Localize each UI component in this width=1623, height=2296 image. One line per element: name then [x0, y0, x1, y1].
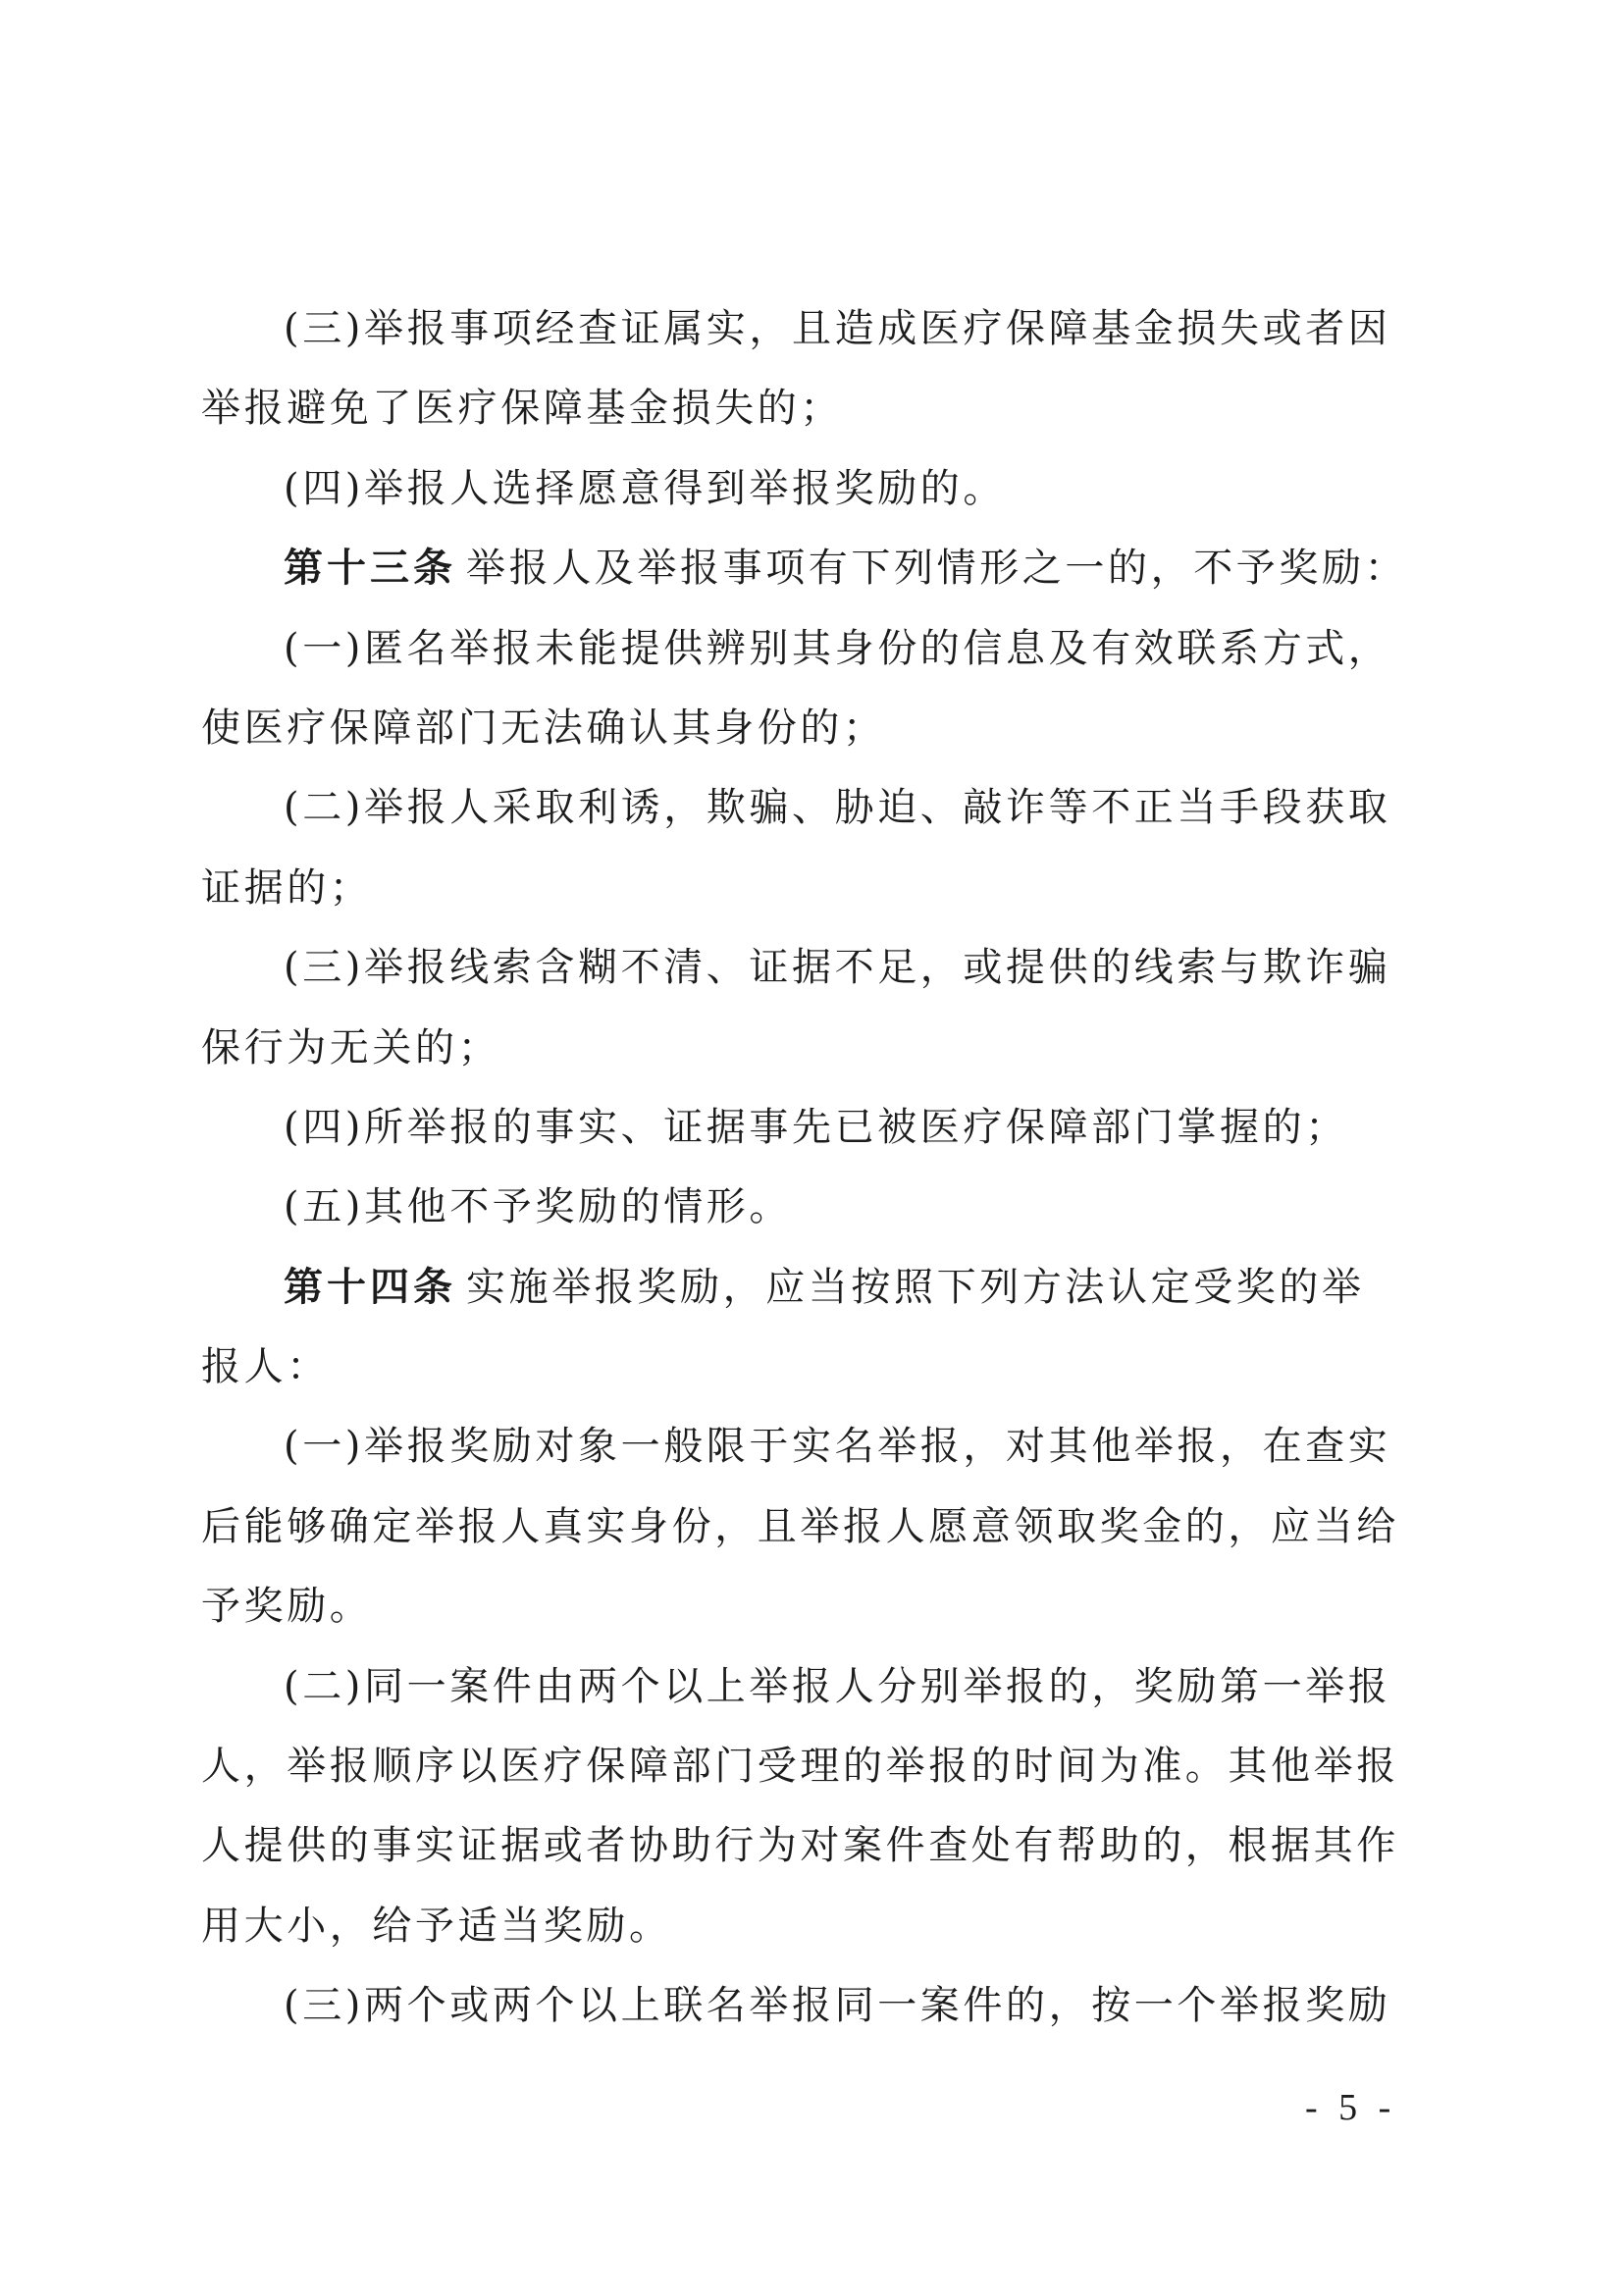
line-text: 使医疗保障部门无法确认其身份的；: [201, 705, 886, 751]
paragraph-line: 用大小，给予适当奖励。: [201, 1901, 1406, 1980]
paragraph-line: (三)举报事项经查证属实，且造成医疗保障基金损失或者因: [201, 303, 1406, 383]
article-heading: 第十四条: [284, 1265, 456, 1310]
paragraph-line: 举报避免了医疗保障基金损失的；: [201, 383, 1406, 462]
paragraph-line: 人提供的事实证据或者协助行为对案件查处有帮助的，根据其作: [201, 1820, 1406, 1900]
article-13-line: 第十三条举报人及举报事项有下列情形之一的，不予奖励：: [201, 543, 1406, 622]
paragraph-line: 保行为无关的；: [201, 1022, 1406, 1102]
line-text: (三)两个或两个以上联名举报同一案件的，按一个举报奖励: [284, 1983, 1390, 2028]
line-text: 予奖励。: [201, 1584, 372, 1629]
article-heading: 第十三条: [284, 546, 456, 591]
line-text: (一)匿名举报未能提供辨别其身份的信息及有效联系方式，: [284, 626, 1390, 671]
line-text: (二)同一案件由两个以上举报人分别举报的，奖励第一举报: [284, 1664, 1390, 1709]
line-text: 举报避免了医疗保障基金损失的；: [201, 386, 843, 431]
document-page: (三)举报事项经查证属实，且造成医疗保障基金损失或者因 举报避免了医疗保障基金损…: [0, 0, 1623, 2296]
line-text: 人，举报顺序以医疗保障部门受理的举报的时间为准。其他举报: [201, 1744, 1399, 1789]
line-text: 实施举报奖励，应当按照下列方法认定受奖的举: [466, 1265, 1365, 1310]
paragraph-line: (二)同一案件由两个以上举报人分别举报的，奖励第一举报: [201, 1661, 1406, 1741]
line-text: 后能够确定举报人真实身份，且举报人愿意领取奖金的，应当给: [201, 1504, 1399, 1549]
paragraph-line: 使医疗保障部门无法确认其身份的；: [201, 703, 1406, 782]
line-text: 用大小，给予适当奖励。: [201, 1904, 672, 1949]
document-body: (三)举报事项经查证属实，且造成医疗保障基金损失或者因 举报避免了医疗保障基金损…: [201, 303, 1406, 2061]
paragraph-line: (一)匿名举报未能提供辨别其身份的信息及有效联系方式，: [201, 623, 1406, 703]
paragraph-line: (五)其他不予奖励的情形。: [201, 1181, 1406, 1261]
paragraph-line: (一)举报奖励对象一般限于实名举报，对其他举报，在查实: [201, 1421, 1406, 1500]
line-text: 保行为无关的；: [201, 1025, 500, 1070]
paragraph-line: (四)所举报的事实、证据事先已被医疗保障部门掌握的；: [201, 1102, 1406, 1181]
line-text: (三)举报事项经查证属实，且造成医疗保障基金损失或者因: [284, 306, 1390, 351]
line-text: 证据的；: [201, 865, 372, 911]
paragraph-line: 予奖励。: [201, 1581, 1406, 1660]
line-text: (二)举报人采取利诱，欺骗、胁迫、敲诈等不正当手段获取: [284, 785, 1390, 830]
line-text: 报人：: [201, 1344, 330, 1389]
line-text: (一)举报奖励对象一般限于实名举报，对其他举报，在查实: [284, 1424, 1390, 1469]
line-text: (三)举报线索含糊不清、证据不足，或提供的线索与欺诈骗: [284, 945, 1390, 990]
line-text: (五)其他不予奖励的情形。: [284, 1184, 792, 1229]
line-text: 举报人及举报事项有下列情形之一的，不予奖励：: [466, 546, 1407, 591]
paragraph-line: 人，举报顺序以医疗保障部门受理的举报的时间为准。其他举报: [201, 1741, 1406, 1820]
paragraph-line: 证据的；: [201, 862, 1406, 942]
article-14-line: 第十四条实施举报奖励，应当按照下列方法认定受奖的举: [201, 1262, 1406, 1341]
page-number: - 5 -: [1305, 2086, 1396, 2129]
line-text: (四)所举报的事实、证据事先已被医疗保障部门掌握的；: [284, 1105, 1348, 1150]
line-text: 人提供的事实证据或者协助行为对案件查处有帮助的，根据其作: [201, 1823, 1399, 1868]
line-text: (四)举报人选择愿意得到举报奖励的。: [284, 466, 1006, 511]
paragraph-line: (三)举报线索含糊不清、证据不足，或提供的线索与欺诈骗: [201, 942, 1406, 1021]
paragraph-line: (四)举报人选择愿意得到举报奖励的。: [201, 463, 1406, 543]
paragraph-line: 后能够确定举报人真实身份，且举报人愿意领取奖金的，应当给: [201, 1501, 1406, 1581]
paragraph-line: (三)两个或两个以上联名举报同一案件的，按一个举报奖励: [201, 1980, 1406, 2060]
paragraph-line: 报人：: [201, 1341, 1406, 1421]
paragraph-line: (二)举报人采取利诱，欺骗、胁迫、敲诈等不正当手段获取: [201, 782, 1406, 861]
